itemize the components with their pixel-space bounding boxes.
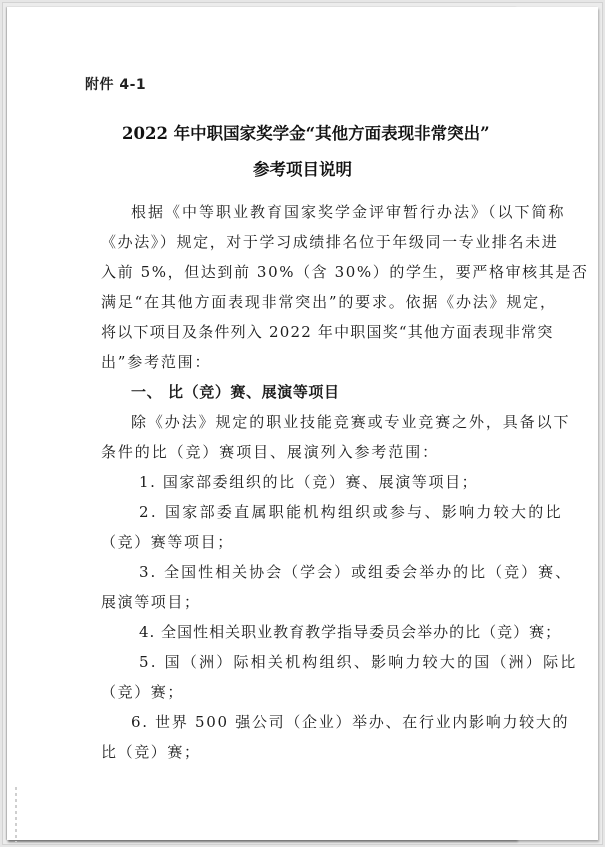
list-item-continuation: （竞）赛； [101, 683, 184, 701]
list-item: 1. 国家部委组织的比（竞）赛、展演等项目； [139, 473, 478, 491]
paragraph-line: 《办法》）规定，对于学习成绩排名位于年级同一专业排名未进 [101, 233, 558, 251]
list-item-continuation: 展演等项目； [101, 593, 201, 611]
list-item: 4. 全国性相关职业教育教学指导委员会举办的比（竞）赛； [139, 623, 561, 641]
scan-edge-artifact [15, 787, 17, 842]
paragraph-line: 入前 5%，但达到前 30%（含 30%）的学生，要严格审核其是否 [101, 263, 589, 281]
list-item-continuation: （竞）赛等项目； [101, 533, 234, 551]
document-page-sheet: 附件 4-1 2022 年中职国家奖学金“其他方面表现非常突出” 参考项目说明 … [7, 7, 598, 840]
paragraph-line: 出”参考范围： [101, 353, 211, 371]
paragraph-line: 将以下项目及条件列入 2022 年中职国奖“其他方面表现非常突 [101, 323, 554, 341]
list-item: 3. 全国性相关协会（学会）或组委会举办的比（竞）赛、 [139, 563, 572, 581]
list-item: 2. 国家部委直属职能机构组织或参与、影响力较大的比 [139, 503, 563, 521]
paragraph-line: 满足“在其他方面表现非常突出”的要求。依据《办法》规定， [101, 293, 557, 311]
document-title: 2022 年中职国家奖学金“其他方面表现非常突出” [122, 125, 490, 143]
section-heading: 一、 比（竞）赛、展演等项目 [131, 383, 340, 401]
list-item: 5. 国（洲）际相关机构组织、影响力较大的国（洲）际比 [139, 653, 577, 671]
document-subtitle: 参考项目说明 [253, 161, 352, 179]
attachment-label: 附件 4-1 [85, 76, 146, 94]
paragraph-line: 除《办法》规定的职业技能竞赛或专业竞赛之外，具备以下 [131, 413, 570, 431]
list-item-continuation: 比（竞）赛； [101, 743, 201, 761]
list-item: 6. 世界 500 强公司（企业）举办、在行业内影响力较大的 [131, 713, 569, 731]
paragraph-line: 条件的比（竞）赛项目、展演列入参考范围： [101, 443, 439, 461]
paragraph-line: 根据《中等职业教育国家奖学金评审暂行办法》（以下简称 [131, 203, 566, 221]
